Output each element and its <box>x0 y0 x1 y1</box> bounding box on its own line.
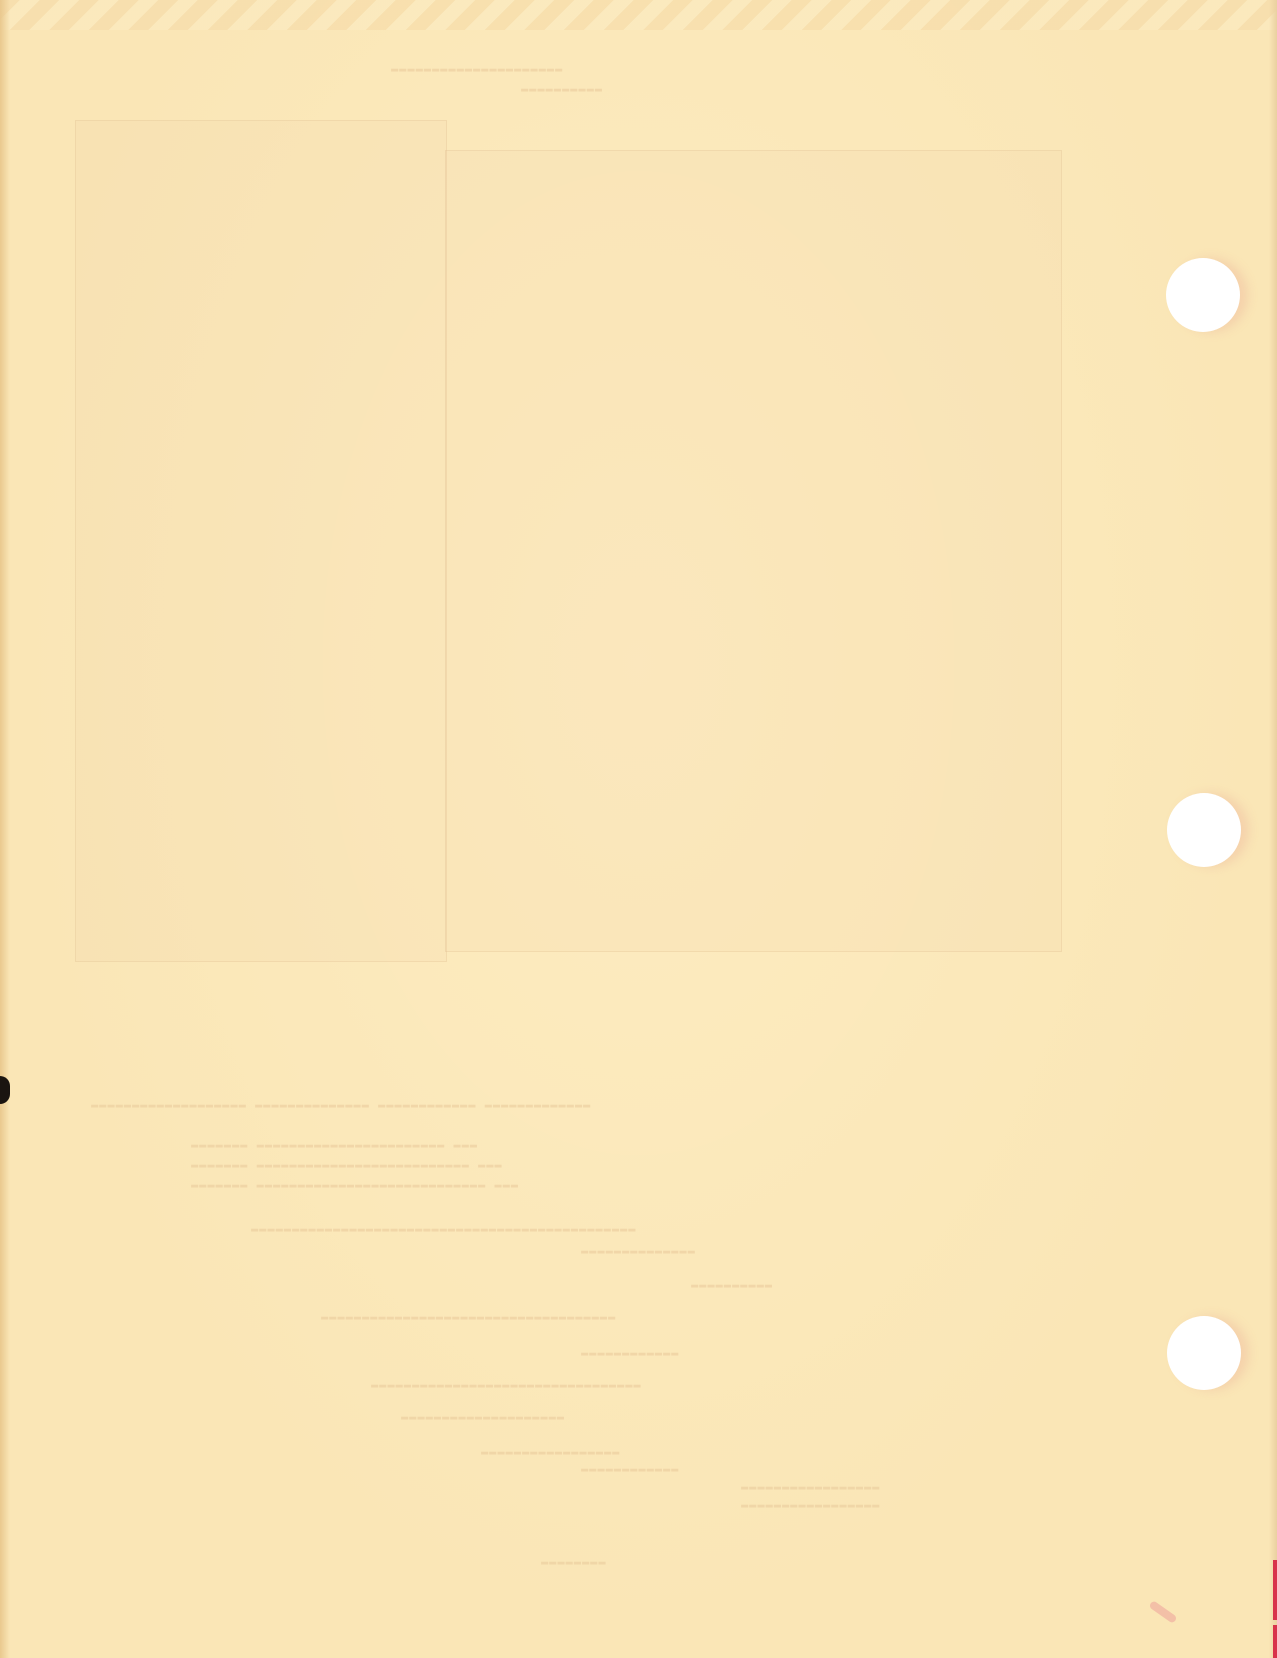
bleed-through-paragraph: ▬▬▬▬▬▬▬▬▬▬▬▬▬▬▬▬▬▬▬▬▬▬▬▬▬▬▬▬▬▬▬▬▬ <box>370 1378 641 1392</box>
bleed-through-table-header: ▬▬▬▬▬▬▬▬▬▬▬▬▬ ▬▬▬▬▬▬▬▬▬▬▬▬ ▬▬▬▬▬▬▬▬▬▬▬▬▬… <box>90 1098 590 1112</box>
scanned-page: ▬▬▬▬▬▬▬▬▬▬▬▬▬▬▬▬▬▬▬▬▬ ▬▬▬▬▬▬▬▬▬▬ ▬▬▬▬▬▬▬… <box>0 0 1277 1658</box>
bleed-through-line: ▬▬▬ ▬▬▬▬▬▬▬▬▬▬▬▬▬▬▬▬▬▬▬▬▬▬▬▬▬▬▬▬ ▬▬▬▬▬▬▬ <box>190 1178 518 1192</box>
bleed-through-paragraph: ▬▬▬▬▬▬▬▬▬▬▬▬▬▬ <box>580 1244 695 1258</box>
bleed-through-figure-right <box>445 150 1062 952</box>
page-right-edge <box>1269 0 1277 1658</box>
bleed-through-paragraph: ▬▬▬▬▬▬▬▬▬▬ <box>690 1278 772 1292</box>
edge-red-mark <box>1273 1625 1277 1658</box>
bleed-through-signature: ▬▬▬▬▬▬▬▬▬▬▬▬▬▬▬▬▬ <box>480 1445 619 1459</box>
edge-red-mark <box>1273 1560 1277 1620</box>
page-left-edge <box>0 0 10 1658</box>
bleed-through-header-sub: ▬▬▬▬▬▬▬▬▬▬ <box>520 82 602 96</box>
punch-hole-middle <box>1167 793 1241 867</box>
page-top-edge <box>0 0 1277 30</box>
pink-smudge <box>1148 1600 1177 1624</box>
bleed-through-footer: ▬▬▬▬▬▬▬▬ <box>540 1555 606 1569</box>
bleed-through-line: ▬▬▬ ▬▬▬▬▬▬▬▬▬▬▬▬▬▬▬▬▬▬▬▬▬▬▬▬▬▬ ▬▬▬▬▬▬▬ <box>190 1158 502 1172</box>
bleed-through-footer: ▬▬▬▬▬▬▬▬▬▬▬▬▬▬▬▬▬ <box>740 1498 879 1512</box>
punch-hole-top <box>1166 258 1240 332</box>
bleed-through-paragraph: ▬▬▬▬▬▬▬▬▬▬▬▬▬▬▬▬▬▬▬▬▬▬▬▬▬▬▬▬▬▬▬▬▬▬▬▬▬▬▬▬… <box>250 1222 635 1236</box>
bleed-through-signature: ▬▬▬▬▬▬▬▬▬▬▬▬ <box>580 1462 678 1476</box>
bleed-through-signature: ▬▬▬▬▬▬▬▬▬▬▬▬▬▬▬▬▬▬▬▬ <box>400 1410 564 1424</box>
bleed-through-paragraph: ▬▬▬▬▬▬▬▬▬▬▬▬ <box>580 1346 678 1360</box>
bleed-through-line: ▬▬▬ ▬▬▬▬▬▬▬▬▬▬▬▬▬▬▬▬▬▬▬▬▬▬▬ ▬▬▬▬▬▬▬ <box>190 1138 477 1152</box>
bleed-through-paragraph: ▬▬▬▬▬▬▬▬▬▬▬▬▬▬▬▬▬▬▬▬▬▬▬▬▬▬▬▬▬▬▬▬▬▬▬▬ <box>320 1310 615 1324</box>
bleed-through-figure-left <box>75 120 447 962</box>
punch-hole-bottom <box>1167 1316 1241 1390</box>
bleed-through-footer: ▬▬▬▬▬▬▬▬▬▬▬▬▬▬▬▬▬ <box>740 1480 879 1494</box>
bleed-through-header: ▬▬▬▬▬▬▬▬▬▬▬▬▬▬▬▬▬▬▬▬▬ <box>390 62 562 76</box>
